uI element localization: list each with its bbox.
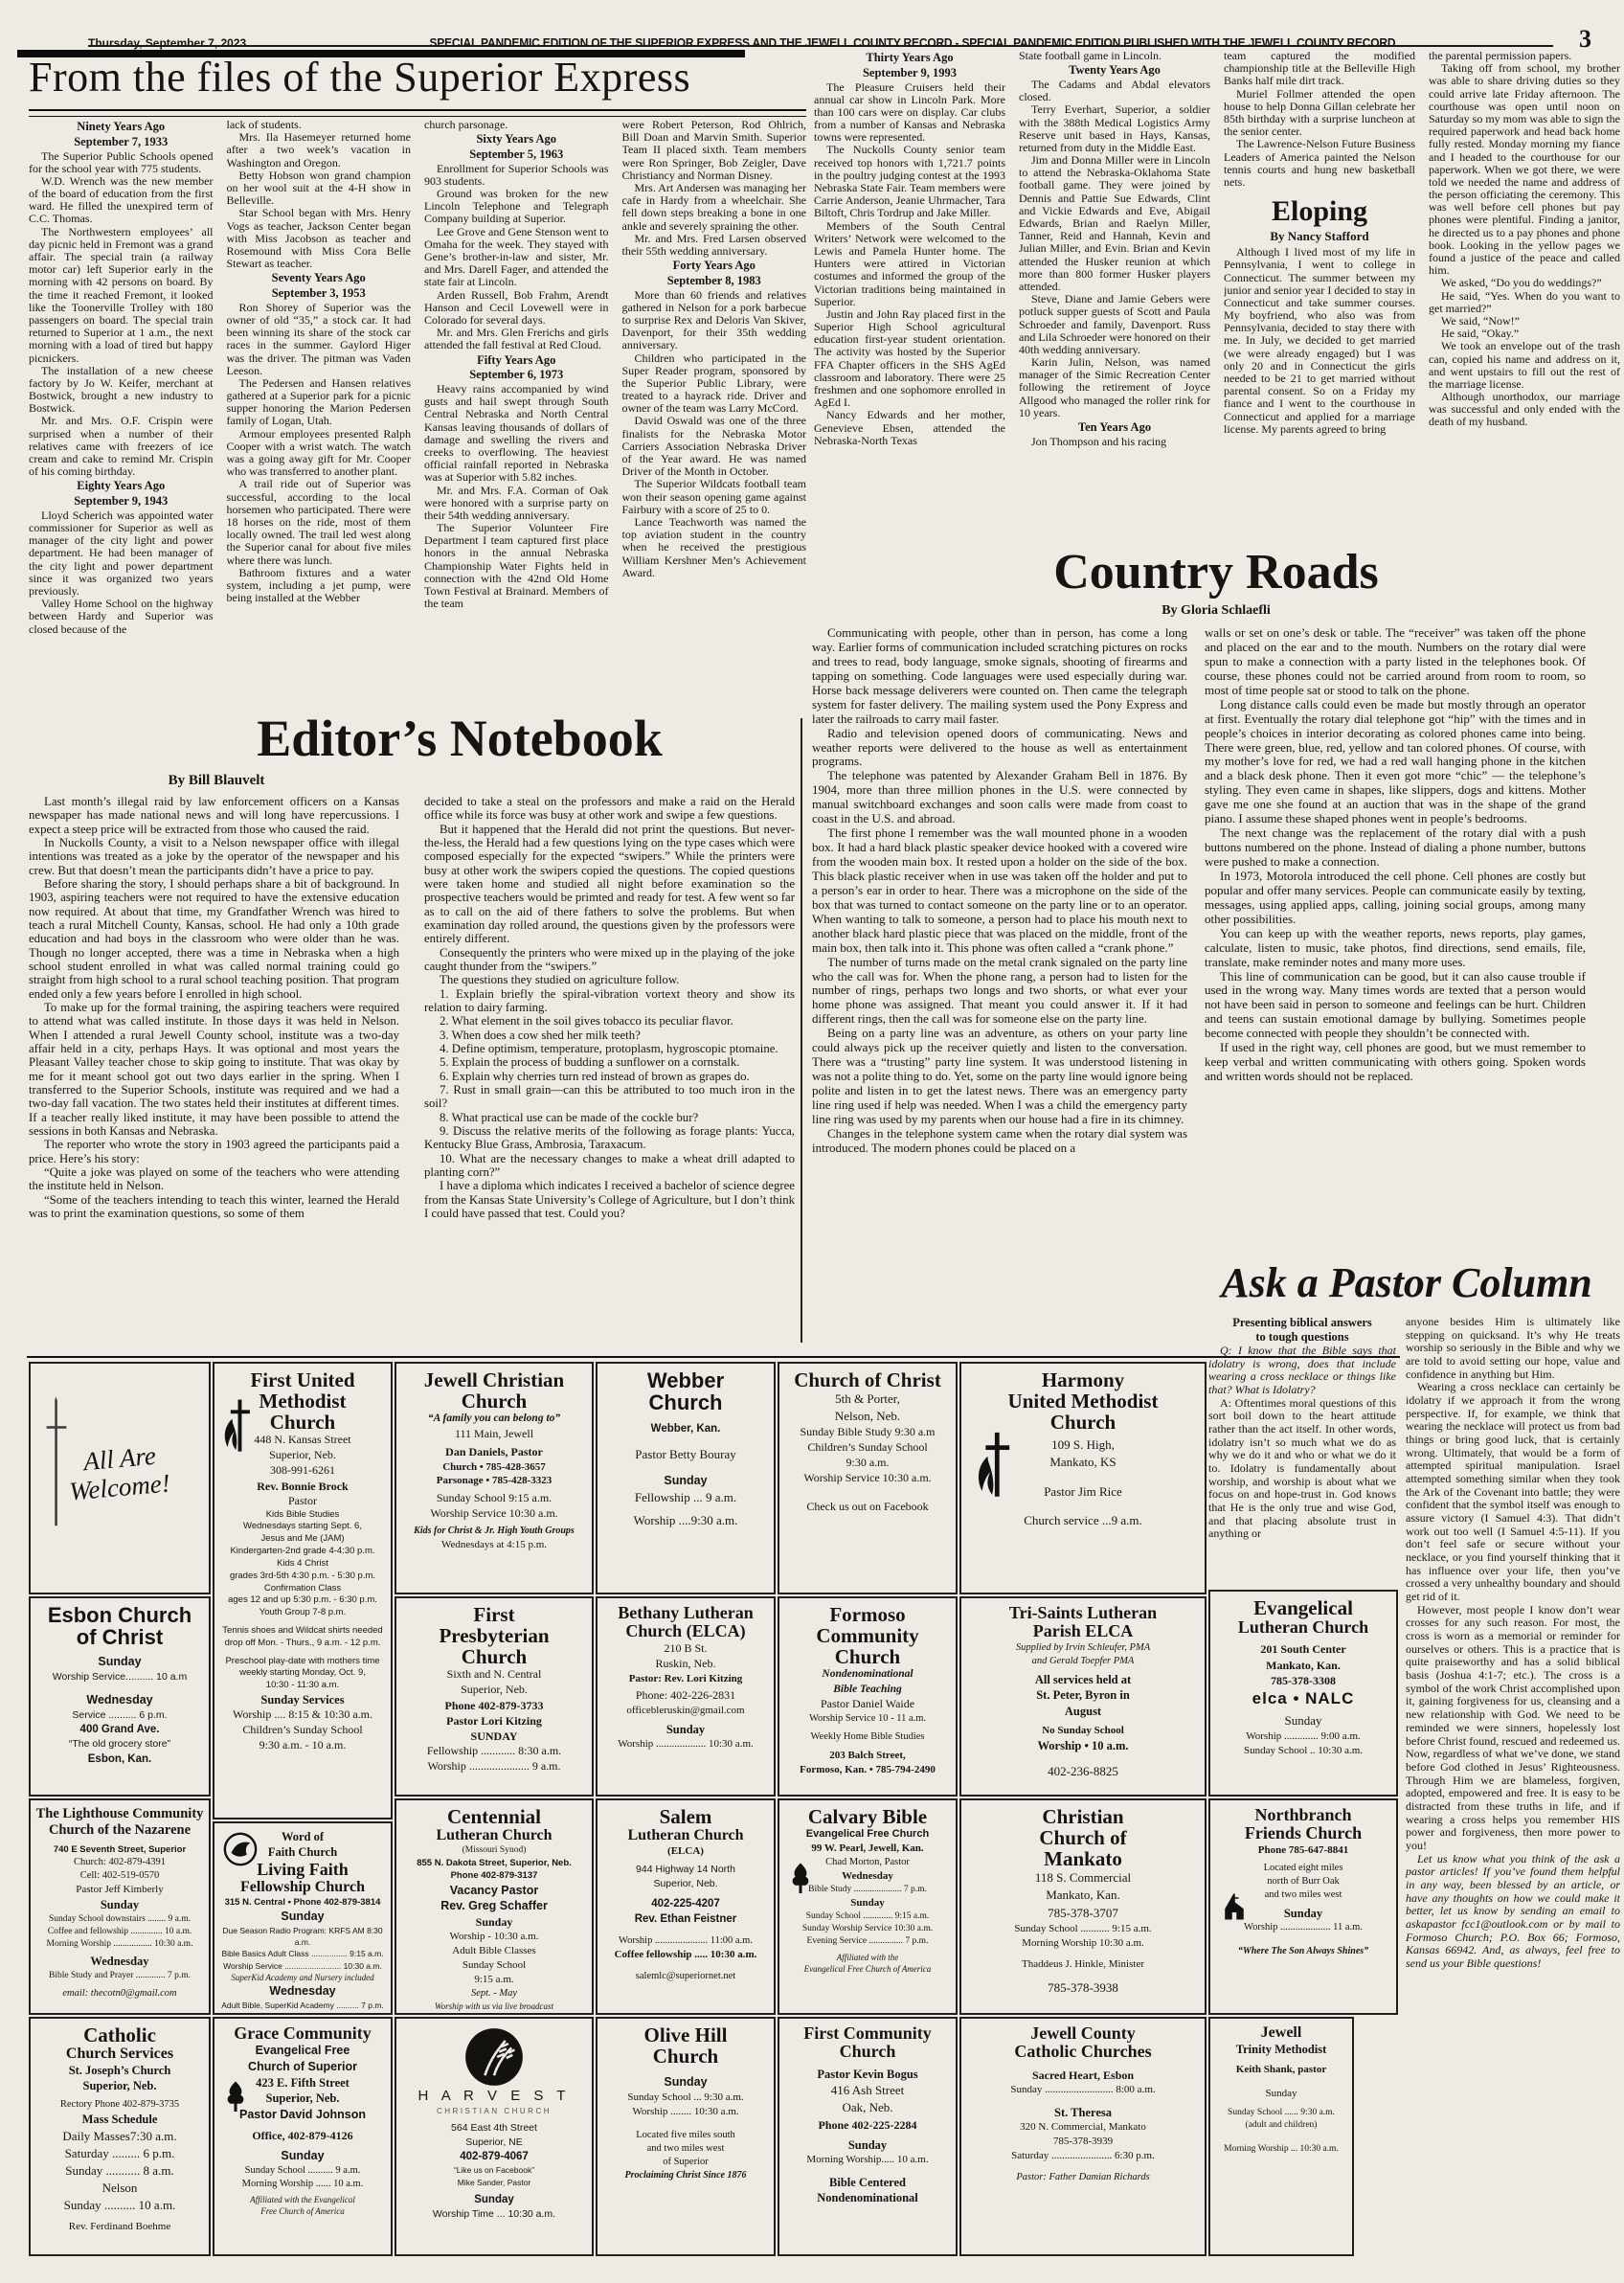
ad-line: Wednesday (34, 1692, 205, 1708)
ad-line: of Christ (34, 1626, 205, 1648)
editors-notebook-column-left: Last month’s illegal raid by law enforce… (29, 795, 399, 1337)
ad-line: Lutheran Church (1214, 1618, 1392, 1637)
ad-line: Phone 785-647-8841 (1214, 1843, 1392, 1858)
paragraph: If used in the right way, cell phones ar… (1205, 1041, 1586, 1084)
ad-line: Worship ................... 10:30 a.m. (601, 1737, 770, 1752)
paragraph: Lloyd Scherich was appointed water commi… (29, 509, 214, 598)
ad-line: Church Services (34, 2046, 205, 2063)
paragraph: I have a diploma which indicates I recei… (424, 1179, 795, 1220)
ad-line: Confirmation Class (218, 1583, 387, 1595)
ad-line: Sunday (400, 1914, 588, 1930)
paragraph: The next change was the replacement of t… (1205, 826, 1586, 870)
ad-line: Presbyterian (400, 1625, 588, 1646)
ad-line: Sunday (601, 2074, 770, 2091)
paragraph: Mrs. Art Andersen was managing her cafe … (622, 182, 807, 233)
ad-line: Wednesdays at 4:15 p.m. (400, 1538, 588, 1552)
ad-line: Sunday ........... 8 a.m. (34, 2162, 205, 2180)
ad-line: Catholic Churches (965, 2043, 1201, 2061)
ad-line: north of Burr Oak (1214, 1875, 1392, 1888)
ad-line: Sunday Bible Study 9:30 a.m (783, 1425, 952, 1440)
paragraph: The Lawrence-Nelson Future Business Lead… (1224, 138, 1415, 189)
ad-line: Church (601, 1391, 770, 1413)
section-heading: September 8, 1983 (622, 274, 807, 288)
paragraph: Let us know what you think of the ask a … (1406, 1853, 1620, 1971)
spacer (965, 2163, 1201, 2171)
paragraph: 8. What practical use can be made of the… (424, 1111, 795, 1124)
paragraph: “Quite a joke was played on some of the … (29, 1165, 399, 1193)
spacer (783, 1486, 952, 1500)
country-roads-byline: By Gloria Schlaefli (814, 603, 1618, 620)
ad-line: Adult Bible, SuperKid Academy ..........… (218, 2000, 387, 2011)
ask-a-pastor-headline: Ask a Pastor Column (1193, 1262, 1620, 1304)
ad-line: Parsonage • 785-428-3323 (400, 1474, 588, 1488)
paragraph: Steve, Diane and Jamie Gebers were potlu… (1019, 293, 1210, 356)
ad-line: Pastor: Rev. Lori Kitzing (601, 1672, 770, 1686)
paragraph: Bathroom fixtures and a water system, in… (227, 567, 412, 605)
ad-line: Worship ....9:30 a.m. (601, 1512, 770, 1529)
ad-line: Rectory Phone 402-879-3735 (34, 2098, 205, 2112)
article-byline: By Nancy Stafford (1224, 229, 1415, 244)
ad-line: 315 N. Central • Phone 402-879-3814 (218, 1896, 387, 1909)
ad-line: Church: 402-879-4391 (34, 1856, 205, 1869)
paragraph: Mr. and Mrs. O.F. Crispin were surprised… (29, 415, 214, 478)
ad-line: Church (601, 2046, 770, 2067)
ad-line: Church of (965, 1827, 1201, 1848)
paragraph: State football game in Lincoln. (1019, 50, 1210, 62)
ad-line: 785-378-3939 (965, 2135, 1201, 2149)
church-ad-harvest-christian: H A R V E S TCHRISTIAN CHURCH564 East 4t… (395, 2017, 594, 2256)
ad-line: No Sunday School (965, 1724, 1201, 1738)
section-heading: Ninety Years Ago (29, 120, 214, 134)
ad-line: officebleruskin@gmail.com (601, 1704, 770, 1718)
spacer (601, 1463, 770, 1473)
ad-line: Coffee and fellowship .............. 10 … (34, 1926, 205, 1938)
section-heading: Thirty Years Ago (814, 51, 1005, 65)
ad-line: Bible Centered (783, 2175, 952, 2190)
ad-line: each Sunday on KRFS Radio. (400, 2012, 588, 2015)
ad-line: Worship ..................... 9 a.m. (400, 1759, 588, 1774)
ad-line: 785-378-3938 (965, 1979, 1201, 1997)
ad-line: Affiliated with the (783, 1952, 952, 1963)
ad-line: Mass Schedule (34, 2112, 205, 2127)
harvest-wheat-icon (463, 2026, 525, 2088)
church-ad-formoso-community: FormosoCommunityChurchNondenominationalB… (778, 1596, 958, 1797)
ad-line: Church of the Nazarene (34, 1822, 205, 1839)
section-heading: Fifty Years Ago (424, 353, 609, 368)
spacer (783, 2167, 952, 2175)
ad-line: 9:30 a.m. (783, 1456, 952, 1471)
ad-line: Worship Service ........................… (218, 1960, 387, 1972)
spacer (601, 1413, 770, 1421)
news-column-6: State football game in Lincoln.Twenty Ye… (1019, 50, 1210, 561)
ad-line: Sunday School 9:15 a.m. (400, 1491, 588, 1506)
ad-line: Community (783, 1625, 952, 1646)
paragraph: The Pleasure Cruisers held their annual … (814, 81, 1005, 145)
paragraph: church parsonage. (424, 119, 609, 131)
spacer (965, 1950, 1201, 1957)
newspaper-page: Thursday, September 7, 2023 SPECIAL PAND… (0, 0, 1624, 2283)
church-ad-jewell-christian: Jewell ChristianChurch“A family you can … (395, 1362, 594, 1594)
ad-line: 416 Ash Street (783, 2082, 952, 2099)
spacer (601, 2067, 770, 2074)
ad-line: and two miles west (601, 2142, 770, 2156)
spacer (1214, 1935, 1392, 1945)
ad-line: Tennis shoes and Wildcat shirts needed (218, 1625, 387, 1638)
paragraph: were Robert Peterson, Rod Ohlrich, Bill … (622, 119, 807, 182)
evfree-tree-icon (786, 1862, 815, 1896)
ad-line: Pastor (218, 1494, 387, 1509)
masthead-date: Thursday, September 7, 2023 (88, 36, 246, 50)
ad-line: SUNDAY (400, 1729, 588, 1744)
ad-line: Bible Basics Adult Class ...............… (218, 1948, 387, 1959)
ad-line: Thaddeus J. Hinkle, Minister (965, 1957, 1201, 1972)
ad-line: Evangelical (1214, 1597, 1392, 1618)
ad-line: Sunday (400, 2192, 588, 2207)
ad-line: Sunday Services (218, 1692, 387, 1707)
church-building-icon (1220, 1892, 1249, 1921)
ad-line: CHRISTIAN CHURCH (400, 2106, 588, 2116)
ad-line: Pastor Betty Bouray (601, 1446, 770, 1463)
ad-line: 320 N. Commercial, Mankato (965, 2120, 1201, 2135)
ad-line: 785-378-3707 (965, 1905, 1201, 1922)
paragraph: Star School began with Mrs. Henry Vogs a… (227, 207, 412, 270)
ad-line: (Missouri Synod) (400, 1844, 588, 1857)
lead-in: to tough questions (1208, 1330, 1396, 1345)
paragraph: This line of communication can be good, … (1205, 970, 1586, 1042)
church-ad-jewell-trinity-methodist: JewellTrinity MethodistKeith Shank, past… (1208, 2017, 1354, 2256)
ad-line: Rev. Ferdinand Boehme (34, 2220, 205, 2234)
paragraph: Jon Thompson and his racing (1019, 436, 1210, 448)
ad-line: 308-991-6261 (218, 1463, 387, 1479)
paragraph: Before sharing the story, I should perha… (29, 877, 399, 1001)
paragraph: Mr. and Mrs. Glen Frerichs and girls att… (424, 327, 609, 351)
ad-line: Sept. - May (400, 1987, 588, 2000)
ad-line: (ELCA) (601, 1844, 770, 1859)
ad-line: Formoso, Kan. • 785-794-2490 (783, 1763, 952, 1776)
ad-line: Pastor Jeff Kimberly (34, 1883, 205, 1897)
section-heading: Eighty Years Ago (29, 479, 214, 493)
ad-line: ages 12 and up 5:30 p.m. - 6:30 p.m. (218, 1594, 387, 1607)
ad-line: Fellowship ... 9 a.m. (601, 1489, 770, 1506)
church-ad-all-are-welcome: All AreWelcome! (29, 1362, 211, 1594)
paragraph: Armour employees presented Ralph Cooper … (227, 428, 412, 479)
ad-line: Lutheran Church (400, 1827, 588, 1844)
editors-notebook-byline: By Bill Blauvelt (29, 772, 404, 789)
spacer (965, 1501, 1201, 1512)
ad-line: Worship Service 10:30 a.m. (783, 1471, 952, 1486)
paragraph: In Nuckolls County, a visit to a Nelson … (29, 836, 399, 877)
country-roads-column-right: walls or set on one’s desk or table. The… (1205, 626, 1586, 1268)
church-ad-living-faith-fellowship: Word ofFaith ChurchLiving FaithFellowshi… (213, 1821, 393, 2015)
paragraph: He said, “Yes. When do you want to get m… (1429, 290, 1620, 315)
news-column-5: Thirty Years AgoSeptember 9, 1993The Ple… (814, 50, 1005, 561)
paragraph: Although unorthodox, our marriage was su… (1429, 391, 1620, 429)
paragraph: A: Oftentimes moral questions of this so… (1208, 1397, 1396, 1541)
section-heading: Ten Years Ago (1019, 420, 1210, 435)
ad-line: Worship Service.......... 10 a.m (34, 1670, 205, 1684)
paragraph: Mr. and Mrs. F.A. Corman of Oak were hon… (424, 485, 609, 523)
ad-line: Jewell Christian (400, 1369, 588, 1390)
ad-line: Superior, NE (400, 2136, 588, 2150)
paragraph: 4. Define optimism, temperature, protopl… (424, 1042, 795, 1055)
section-heading: Sixty Years Ago (424, 132, 609, 147)
paragraph: Mrs. Ila Hasemeyer returned home after a… (227, 131, 412, 170)
ad-line: “Where The Son Always Shines” (1214, 1945, 1392, 1958)
paragraph: The Superior Wildcats football team won … (622, 478, 807, 516)
ad-line: Sunday .......................... 8:00 a… (965, 2083, 1201, 2097)
paragraph: Heavy rains accompanied by wind gusts an… (424, 383, 609, 485)
ad-line: Morning Worship..... 10 a.m. (783, 2153, 952, 2167)
paragraph: Wearing a cross necklace can certainly b… (1406, 1381, 1620, 1603)
paragraph: 7. Rust in small grain—can this be attri… (424, 1083, 795, 1111)
paragraph: We took an envelope out of the trash can… (1429, 340, 1620, 391)
from-files-headline: From the files of the Superior Express (29, 56, 806, 100)
ad-line: Kids 4 Christ (218, 1558, 387, 1571)
ad-line: Sunday (34, 1654, 205, 1670)
paragraph: Nancy Edwards and her mother, Genevieve … (814, 409, 1005, 447)
ad-line: Worship with us via live broadcast (400, 2000, 588, 2012)
lead-in: Presenting biblical answers (1208, 1316, 1396, 1330)
ad-line: Service .......... 6 p.m. (34, 1708, 205, 1723)
paragraph: The Superior Public Schools opened for t… (29, 150, 214, 175)
ad-line: Youth Group 7-8 p.m. (218, 1607, 387, 1619)
ad-line: Cell: 402-519-0570 (34, 1869, 205, 1883)
ad-line: Sunday (218, 1909, 387, 1925)
ad-line: 855 N. Dakota Street, Superior, Neb. (400, 1857, 588, 1869)
ad-line: Church (400, 1646, 588, 1667)
ad-line: salemlc@superiornet.net (601, 1970, 770, 1983)
ad-line: Sunday (783, 2137, 952, 2153)
paragraph: Members of the South Central Writers’ Ne… (814, 220, 1005, 308)
paragraph: Karin Julin, Nelson, was named manager o… (1019, 356, 1210, 419)
ad-line: Weekly Home Bible Studies (783, 1730, 952, 1744)
ad-line: Kids for Christ & Jr. High Youth Groups (400, 1525, 588, 1538)
ad-line: 201 South Center (1214, 1641, 1392, 1657)
ad-line: Nelson, Neb. (783, 1408, 952, 1425)
ad-line: Catholic (34, 2024, 205, 2046)
paragraph: Ron Shorey of Superior was the owner of … (227, 302, 412, 377)
ad-line: Church (400, 1390, 588, 1412)
editors-notebook-column-right: decided to take a steal on the professor… (424, 795, 795, 1337)
ad-line: Wednesdays starting Sept. 6, (218, 1521, 387, 1533)
paragraph: A trail ride out of Superior was success… (227, 478, 412, 566)
umc-cross-flame-icon (973, 1431, 1013, 1499)
ad-line: “Like us on Facebook” (400, 2164, 588, 2176)
ad-line: Mankato, Kan. (1214, 1658, 1392, 1673)
ad-line: Proclaiming Christ Since 1876 (601, 2169, 770, 2182)
ad-line: Bible Teaching (783, 1683, 952, 1698)
ad-line: Worship Time ... 10:30 a.m. (400, 2207, 588, 2222)
ad-line: Mankato (965, 1848, 1201, 1869)
news-column-8: the parental permission papers.Taking of… (1429, 50, 1620, 561)
editors-notebook-columns: Last month’s illegal raid by law enforce… (29, 795, 795, 1337)
church-ad-centennial-lutheran: CentennialLutheran Church(Missouri Synod… (395, 1798, 594, 2015)
ad-line: Saturday ....................... 6:30 p.… (965, 2149, 1201, 2163)
ad-line: Worship Service 10:30 a.m. (400, 1506, 588, 1522)
paragraph: 3. When does a cow shed her milk teeth? (424, 1028, 795, 1042)
masthead-title: SPECIAL PANDEMIC EDITION OF THE SUPERIOR… (273, 36, 1552, 50)
paragraph: To make up for the formal training, the … (29, 1001, 399, 1138)
ad-line: 402-225-4207 (601, 1896, 770, 1911)
ad-line: “The old grocery store” (34, 1737, 205, 1752)
ad-line: Church • 785-428-3657 (400, 1460, 588, 1475)
ad-line: Grace Community (218, 2024, 387, 2043)
paragraph: “Some of the teachers intending to teach… (29, 1193, 399, 1221)
masthead-rule (88, 45, 1553, 47)
ad-line: Sunday (34, 1897, 205, 1912)
ad-line: Rev. Greg Schaffer (400, 1898, 588, 1914)
ad-line: Church (965, 1412, 1201, 1433)
ad-line: First Community (783, 2024, 952, 2043)
ad-line: Office, 402-879-4126 (218, 2128, 387, 2143)
paragraph: Communicating with people, other than in… (812, 626, 1187, 727)
ad-line: Worship Service 10 - 11 a.m. (783, 1712, 952, 1726)
paragraph: 1. Explain briefly the spiral-vibration … (424, 987, 795, 1015)
paragraph: 6. Explain why cherries turn red instead… (424, 1070, 795, 1083)
ad-line: Check us out on Facebook (783, 1500, 952, 1515)
ad-line: Morning Worship ................. 10:30 … (34, 1938, 205, 1951)
ad-line: Sunday School ............. 9:15 a.m. (783, 1910, 952, 1923)
ad-line: elca • NALC (1214, 1688, 1392, 1709)
ad-line: 785-378-3308 (1214, 1673, 1392, 1688)
ad-line: Nelson (34, 2180, 205, 2197)
section-heading: Forty Years Ago (622, 259, 807, 273)
paragraph: The Pedersen and Hansen relatives gather… (227, 377, 412, 428)
country-roads-column-left: Communicating with people, other than in… (812, 626, 1187, 1352)
column-divider-rule (801, 718, 802, 1343)
ad-line: email: thecotn0@gmail.com (34, 1987, 205, 2000)
ad-line: 944 Highway 14 North (601, 1863, 770, 1877)
ad-line: Lutheran Church (601, 1827, 770, 1844)
ad-line: 5th & Porter, (783, 1390, 952, 1408)
ad-line: Saturday ......... 6 p.m. (34, 2145, 205, 2162)
ad-line: Ruskin, Neb. (601, 1657, 770, 1672)
ad-line: Sunday .......... 10 a.m. (34, 2197, 205, 2214)
spacer (601, 2119, 770, 2129)
ad-line: Affiliated with the Evangelical (218, 2194, 387, 2205)
ad-line: Formoso (783, 1604, 952, 1625)
ad-line: Due Season Radio Program: KRFS AM 8:30 a… (218, 1925, 387, 1949)
ad-line: Superior, Neb. (34, 2078, 205, 2093)
ad-line: Supplied by Irvin Schleufer, PMA (965, 1641, 1201, 1655)
ad-line: Sunday School ...... 9:30 a.m. (1214, 2107, 1348, 2119)
editors-notebook-headline: Editor’s Notebook (124, 712, 795, 764)
ad-line: Sunday (601, 1722, 770, 1737)
ad-line: Church of Superior (218, 2059, 387, 2075)
paragraph: Long distance calls could even be made b… (1205, 698, 1586, 826)
paragraph: The installation of a new cheese factory… (29, 365, 214, 416)
ad-line: weekly starting Monday, Oct. 9, (218, 1667, 387, 1680)
paragraph: David Oswald was one of the three finali… (622, 415, 807, 478)
ad-line: Located eight miles (1214, 1862, 1392, 1875)
paragraph: anyone besides Him is ultimately like st… (1406, 1316, 1620, 1381)
section-heading: September 3, 1953 (227, 286, 412, 301)
spacer (34, 1684, 205, 1692)
section-heading: Seventy Years Ago (227, 271, 412, 285)
ad-line: Sunday School (400, 1958, 588, 1973)
ad-line: Preschool play-date with mothers time (218, 1656, 387, 1668)
paragraph: The Cadams and Abdal elevators closed. (1019, 79, 1210, 103)
paragraph: The Northwestern employees’ all day picn… (29, 226, 214, 365)
church-ad-salem-lutheran: SalemLutheran Church(ELCA)944 Highway 14… (596, 1798, 776, 2015)
section-heading: Twenty Years Ago (1019, 63, 1210, 78)
ad-line: Jewell (1214, 2024, 1348, 2042)
ad-line: Rev. Bonnie Brock (218, 1479, 387, 1494)
church-ad-church-of-christ-nelson: Church of Christ5th & Porter,Nelson, Neb… (778, 1362, 958, 1594)
ad-line: Located five miles south (601, 2129, 770, 2142)
paragraph: Radio and television opened doors of com… (812, 727, 1187, 770)
church-ad-webber: WebberChurchWebber, Kan.Pastor Betty Bou… (596, 1362, 776, 1594)
ad-line: 402-879-4067 (400, 2149, 588, 2164)
ad-line: August (965, 1704, 1201, 1719)
ad-line: Bible Study and Prayer ............. 7 p… (34, 1970, 205, 1982)
paragraph: Ground was broken for the new Lincoln Te… (424, 188, 609, 226)
ad-line: Webber, Kan. (601, 1421, 770, 1436)
paragraph: But it happened that the Herald did not … (424, 823, 795, 946)
paragraph: The questions they studied on agricultur… (424, 973, 795, 986)
ad-line: Sunday (1214, 2087, 1348, 2101)
ad-line: Rev. Ethan Feistner (601, 1911, 770, 1927)
paragraph: 10. What are the necessary changes to ma… (424, 1152, 795, 1180)
paragraph: The Nuckolls County senior team received… (814, 144, 1005, 219)
church-ad-jewell-county-catholic: Jewell CountyCatholic ChurchesSacred Hea… (959, 2017, 1207, 2256)
ad-line: Coffee fellowship ..... 10:30 a.m. (601, 1948, 770, 1962)
ad-line: Fellowship ............ 8:30 a.m. (400, 1744, 588, 1759)
ad-line: St. Theresa (965, 2105, 1201, 2120)
ad-line: 10:30 - 11:30 a.m. (218, 1680, 387, 1692)
ad-line: and Gerald Toepfer PMA (965, 1655, 1201, 1668)
ad-line: drop off Mon. - Thurs., 9 a.m. - 12 p.m. (218, 1638, 387, 1650)
ad-line: Adult Bible Classes (400, 1944, 588, 1958)
paragraph: The telephone was patented by Alexander … (812, 769, 1187, 826)
ad-line: 9:15 a.m. (400, 1973, 588, 1987)
paragraph: Enrollment for Superior Schools was 903 … (424, 163, 609, 188)
paragraph: Justin and John Ray placed first in the … (814, 308, 1005, 410)
paragraph: We asked, “Do you do weddings?” (1429, 277, 1620, 289)
ad-line: Wednesday (34, 1954, 205, 1969)
ad-line: Esbon Church (34, 1604, 205, 1626)
church-ad-grace-community: Grace CommunityEvangelical FreeChurch of… (213, 2017, 393, 2256)
ad-line: Fellowship Church (218, 1879, 387, 1896)
ad-line: Sunday School ... 9:30 a.m. (601, 2091, 770, 2105)
ad-line: Kids Bible Studies (218, 1509, 387, 1522)
ad-line: First United (218, 1369, 387, 1390)
evfree-tree-icon (221, 2080, 250, 2114)
church-ad-calvary-bible: Calvary BibleEvangelical Free Church99 W… (778, 1798, 958, 2015)
spacer (965, 1972, 1201, 1979)
ad-line: Sixth and N. Central (400, 1667, 588, 1683)
paragraph: Changes in the telephone system came whe… (812, 1127, 1187, 1156)
spacer (601, 1436, 770, 1446)
ad-line: Sunday (783, 1896, 952, 1910)
ad-line: Worship .... 8:15 & 10:30 a.m. (218, 1707, 387, 1723)
ad-line: Harmony (965, 1369, 1201, 1390)
paragraph: Consequently the printers who were mixed… (424, 946, 795, 974)
ad-line: United Methodist (965, 1390, 1201, 1412)
church-directory-rule (27, 1356, 1400, 1358)
ad-line: Olive Hill (601, 2024, 770, 2046)
ad-line: Jewell County (965, 2024, 1201, 2043)
paragraph: Last month’s illegal raid by law enforce… (29, 795, 399, 836)
ad-line: Superior, Neb. (400, 1683, 588, 1698)
paragraph: Terry Everhart, Superior, a soldier with… (1019, 103, 1210, 154)
section-heading: September 5, 1963 (424, 147, 609, 162)
paragraph: Betty Hobson won grand champion on her w… (227, 170, 412, 208)
ad-line: 9:30 a.m. - 10 a.m. (218, 1738, 387, 1753)
ad-line: Sunday School downstairs ........ 9 a.m. (34, 1913, 205, 1926)
paragraph: Children who participated in the Super R… (622, 352, 807, 416)
ad-line: The Lighthouse Community (34, 1806, 205, 1822)
